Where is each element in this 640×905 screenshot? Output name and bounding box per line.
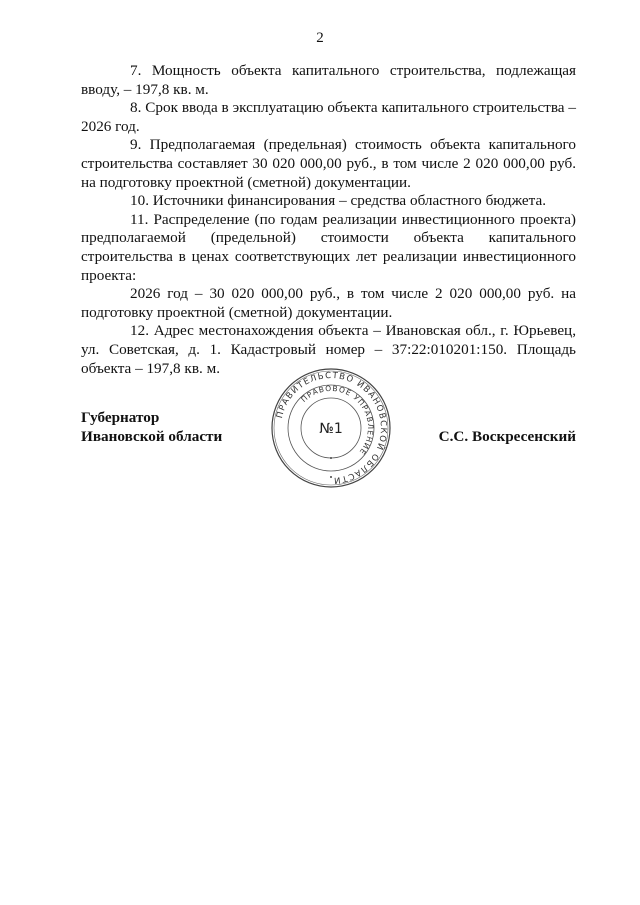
paragraph-10: 10. Источники финансирования – средства … (81, 192, 576, 211)
official-seal-icon: ПРАВИТЕЛЬСТВО ИВАНОВСКОЙ ОБЛАСТИ ПРАВОВО… (270, 367, 392, 489)
paragraph-7: 7. Мощность объекта капитального строите… (81, 62, 576, 99)
page-number: 2 (0, 30, 640, 47)
signatory-position: Губернатор Ивановской области (81, 409, 222, 446)
paragraph-8: 8. Срок ввода в эксплуатацию объекта кап… (81, 99, 576, 136)
svg-text:№1: №1 (319, 421, 342, 437)
paragraph-9: 9. Предполагаемая (предельная) стоимость… (81, 136, 576, 192)
document-body: 7. Мощность объекта капитального строите… (81, 62, 576, 378)
signatory-name: С.С. Воскресенский (439, 428, 576, 447)
signatory-region: Ивановской области (81, 428, 222, 447)
paragraph-11: 11. Распределение (по годам реализации и… (81, 211, 576, 285)
signatory-title: Губернатор (81, 409, 222, 428)
paragraph-11-detail: 2026 год – 30 020 000,00 руб., в том чис… (81, 285, 576, 322)
